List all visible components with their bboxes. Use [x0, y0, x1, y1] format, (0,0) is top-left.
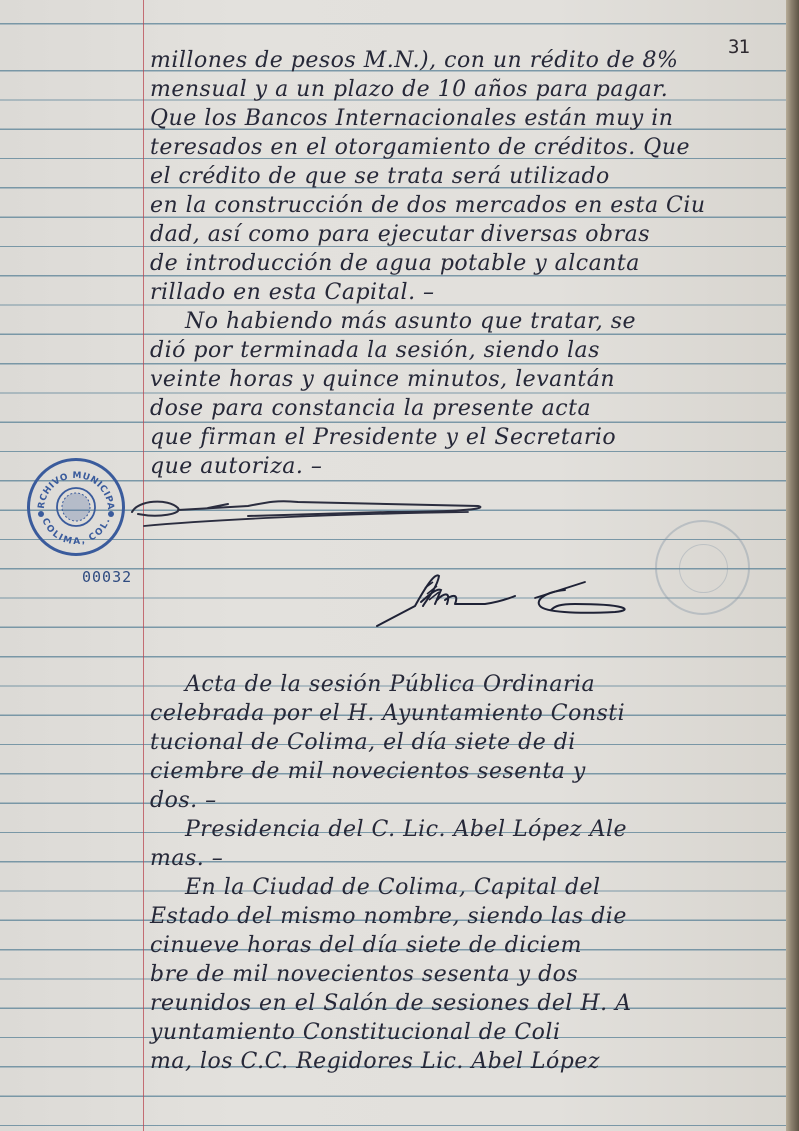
text-line: veinte horas y quince minutos, levantán: [150, 367, 786, 392]
text-line: en la construcción de dos mercados en es…: [150, 193, 786, 218]
body-line: cinueve horas del día siete de diciem: [150, 933, 786, 958]
act-heading-line: dos. –: [150, 788, 786, 813]
text-line: mensual y a un plazo de 10 años para pag…: [150, 77, 786, 102]
archive-stamp: ARCHIVO MUNICIPAL COLIMA, COL.: [27, 458, 125, 556]
body-line: Estado del mismo nombre, siendo las die: [150, 904, 786, 929]
text-line: el crédito de que se trata será utilizad…: [150, 164, 786, 189]
text-line: que firman el Presidente y el Secretario: [150, 425, 786, 450]
folio-number: 00032: [82, 568, 132, 586]
body-line: En la Ciudad de Colima, Capital del: [185, 875, 786, 900]
body-line: ma, los C.C. Regidores Lic. Abel López: [150, 1049, 786, 1074]
text-line: millones de pesos M.N.), con un rédito d…: [150, 48, 786, 73]
body-line: bre de mil novecientos sesenta y dos: [150, 962, 786, 987]
text-line: dose para constancia la presente acta: [150, 396, 786, 421]
presidency-line: Presidencia del C. Lic. Abel López Ale: [185, 817, 786, 842]
text-line: Que los Bancos Internacionales están muy…: [150, 106, 786, 131]
text-line: teresados en el otorgamiento de créditos…: [150, 135, 786, 160]
signature-president: [128, 490, 498, 530]
act-heading-line: ciembre de mil novecientos sesenta y: [150, 759, 786, 784]
text-line: rillado en esta Capital. –: [150, 280, 786, 305]
text-line: que autoriza. –: [150, 454, 786, 479]
body-line: yuntamiento Constitucional de Coli: [150, 1020, 786, 1045]
ledger-page: 31 millones de pesos M.N.), con un rédit…: [0, 0, 786, 1131]
text-line: dad, así como para ejecutar diversas obr…: [150, 222, 786, 247]
act-heading-line: tucional de Colima, el día siete de di: [150, 730, 786, 755]
stamp-seal-icon: ARCHIVO MUNICIPAL COLIMA, COL.: [27, 458, 125, 556]
text-line: No habiendo más asunto que tratar, se: [185, 309, 786, 334]
text-line: dió por terminada la sesión, siendo las: [150, 338, 786, 363]
presidency-line: mas. –: [150, 846, 786, 871]
act-heading-line: Acta de la sesión Pública Ordinaria: [185, 672, 786, 697]
signature-secretary: [375, 568, 655, 628]
text-line: de introducción de agua potable y alcant…: [150, 251, 786, 276]
bleed-through-stamp: [655, 520, 750, 615]
act-heading-line: celebrada por el H. Ayuntamiento Consti: [150, 701, 786, 726]
body-line: reunidos en el Salón de sesiones del H. …: [150, 991, 786, 1016]
margin-line: [143, 0, 144, 1131]
book-page-edge: [786, 0, 799, 1131]
